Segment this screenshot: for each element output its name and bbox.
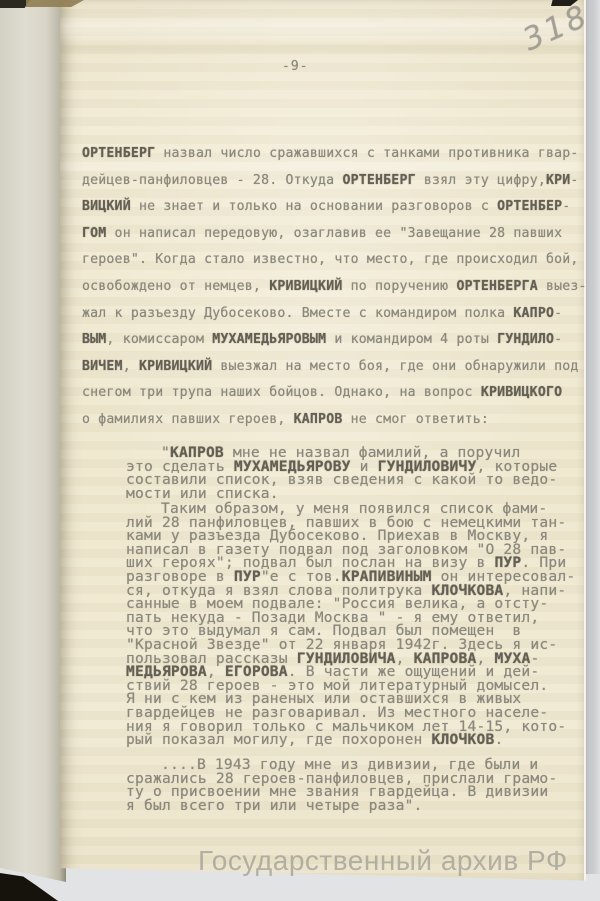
scan-dark-band — [60, 44, 584, 52]
typed-line: освобождено от немцев, КРИВИЦКИЙ по пору… — [82, 274, 578, 301]
typed-line: жал к разъезду Дубосеково. Вместе с кома… — [82, 301, 578, 328]
typed-line: рый показал могилу, где похоронен КЛОЧКО… — [126, 733, 578, 747]
page-number: -9- — [282, 59, 308, 74]
archive-watermark: Государственный архив РФ — [198, 845, 568, 877]
document-page: 318 -9- ОРТЕНБЕРГ назвал число сражавших… — [60, 0, 586, 884]
typed-line: мости или списка. — [126, 487, 578, 501]
typed-line: я был всего три или четыре раза". — [126, 799, 578, 813]
folio-number-handwritten: 318 — [518, 0, 595, 58]
typed-line: ВЫМ, комиссаром МУХАМЕДЬЯРОВЫМ и команди… — [82, 327, 578, 354]
typed-line: ГОМ он написал передовую, озаглавив ее "… — [82, 221, 578, 248]
quote-paragraph-1: "КАПРОВ мне не назвал фамилий, а поручил… — [126, 446, 578, 500]
typed-line: о фамилиях павших героев, КАПРОВ не смог… — [82, 407, 578, 434]
typed-line: дейцев-панфиловцев - 28. Откуда ОРТЕНБЕР… — [82, 168, 578, 195]
typed-line: ОРТЕНБЕРГ назвал число сражавшихся с тан… — [82, 141, 578, 168]
scan-background-right — [584, 0, 600, 874]
typed-line: героев". Когда стало известно, что место… — [82, 247, 578, 274]
typed-line: ВИЧЕМ, КРИВИЦКИЙ выезжал на место боя, г… — [82, 354, 578, 381]
typed-line: снегом три трупа наших бойцов. Однако, н… — [82, 380, 578, 407]
underlying-page-edge — [0, 0, 66, 882]
archive-scan: 318 -9- ОРТЕНБЕРГ назвал число сражавших… — [0, 0, 600, 901]
quote-paragraph-2: Таким образом, у меня появился список фа… — [126, 502, 578, 747]
scan-light-band — [60, 20, 584, 36]
main-paragraph: ОРТЕНБЕРГ назвал число сражавшихся с тан… — [82, 141, 578, 434]
typed-line: ВИЦКИЙ не знает и только на основании ра… — [82, 194, 578, 221]
quote-paragraph-3: ....В 1943 году мне из дивизии, где были… — [126, 758, 578, 812]
